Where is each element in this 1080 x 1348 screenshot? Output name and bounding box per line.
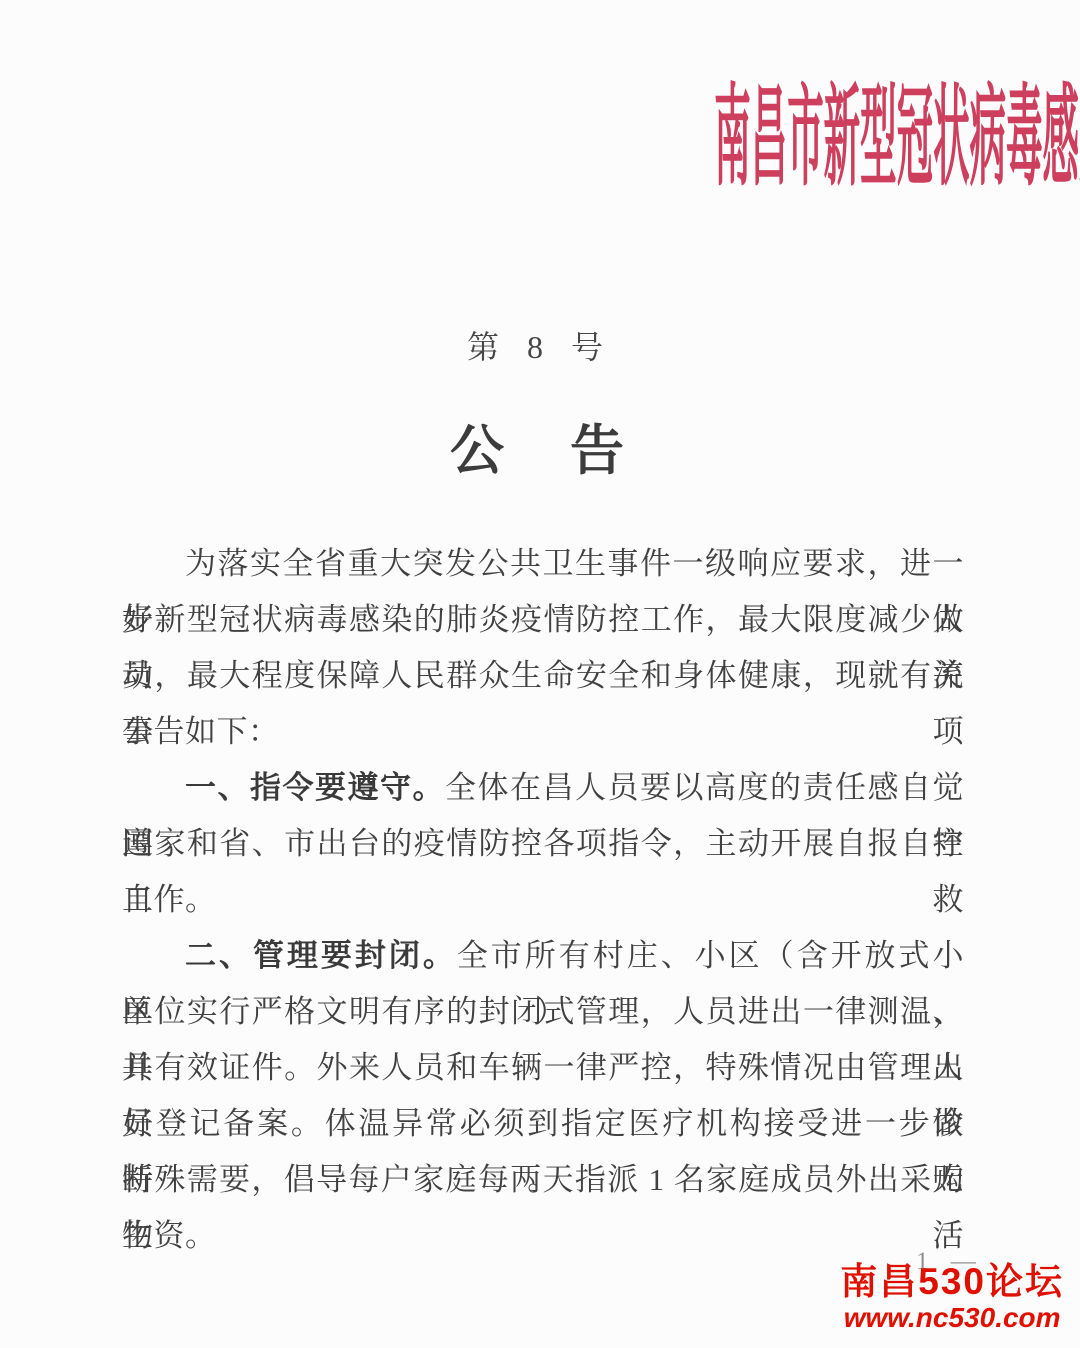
item2-line: 具有效证件。外来人员和车辆一律严控，特殊情况由管理人员做 [122, 1040, 964, 1096]
masthead: 南昌市新型冠状病毒感染的肺炎疫情防控应急指挥部令 [0, 58, 1080, 208]
watermark-forum-name: 南昌530论坛 [840, 1262, 1064, 1303]
intro-line: 动，最大程度保障人民群众生命安全和身体健康，现就有关事项 [122, 648, 964, 704]
document-page: 南昌市新型冠状病毒感染的肺炎疫情防控应急指挥部令 第 8 号 公 告 为落实全省… [0, 0, 1080, 1348]
document-title: 南昌市新型冠状病毒感染的肺炎疫情防控应急指挥部令 [714, 50, 1080, 208]
item2-line: 好登记备案。体温异常必须到指定医疗机构接受进一步诊断。无 [122, 1096, 964, 1152]
item2-line: 特殊需要，倡导每户家庭每两天指派 1 名家庭成员外出采购生活 [122, 1152, 964, 1208]
watermark-forum-url: www.nc530.com [840, 1303, 1064, 1334]
item2-lead: 二、管理要封闭。 [185, 938, 457, 973]
item2-line: 单位实行严格文明有序的封闭式管理，人员进出一律测温，并出 [122, 984, 964, 1040]
item1-first-line: 一、指令要遵守。全体在昌人员要以高度的责任感自觉遵守 [122, 760, 964, 816]
intro-line: 好新型冠状病毒感染的肺炎疫情防控工作，最大限度减少人员流 [122, 592, 964, 648]
forum-watermark: 南昌530论坛 www.nc530.com [840, 1262, 1064, 1333]
doc-number: 第 8 号 [0, 322, 1080, 368]
item2-first-line: 二、管理要封闭。全市所有村庄、小区（含开放式小区）、 [122, 928, 964, 984]
intro-line: 为落实全省重大突发公共卫生事件一级响应要求，进一步做 [122, 536, 964, 592]
announcement-heading: 公 告 [0, 408, 1080, 485]
item1-line: 国家和省、市出台的疫情防控各项指令，主动开展自报自控自救 [122, 816, 964, 872]
announcement-body: 为落实全省重大突发公共卫生事件一级响应要求，进一步做 好新型冠状病毒感染的肺炎疫… [122, 536, 964, 1264]
item1-lead: 一、指令要遵守。 [185, 770, 445, 805]
